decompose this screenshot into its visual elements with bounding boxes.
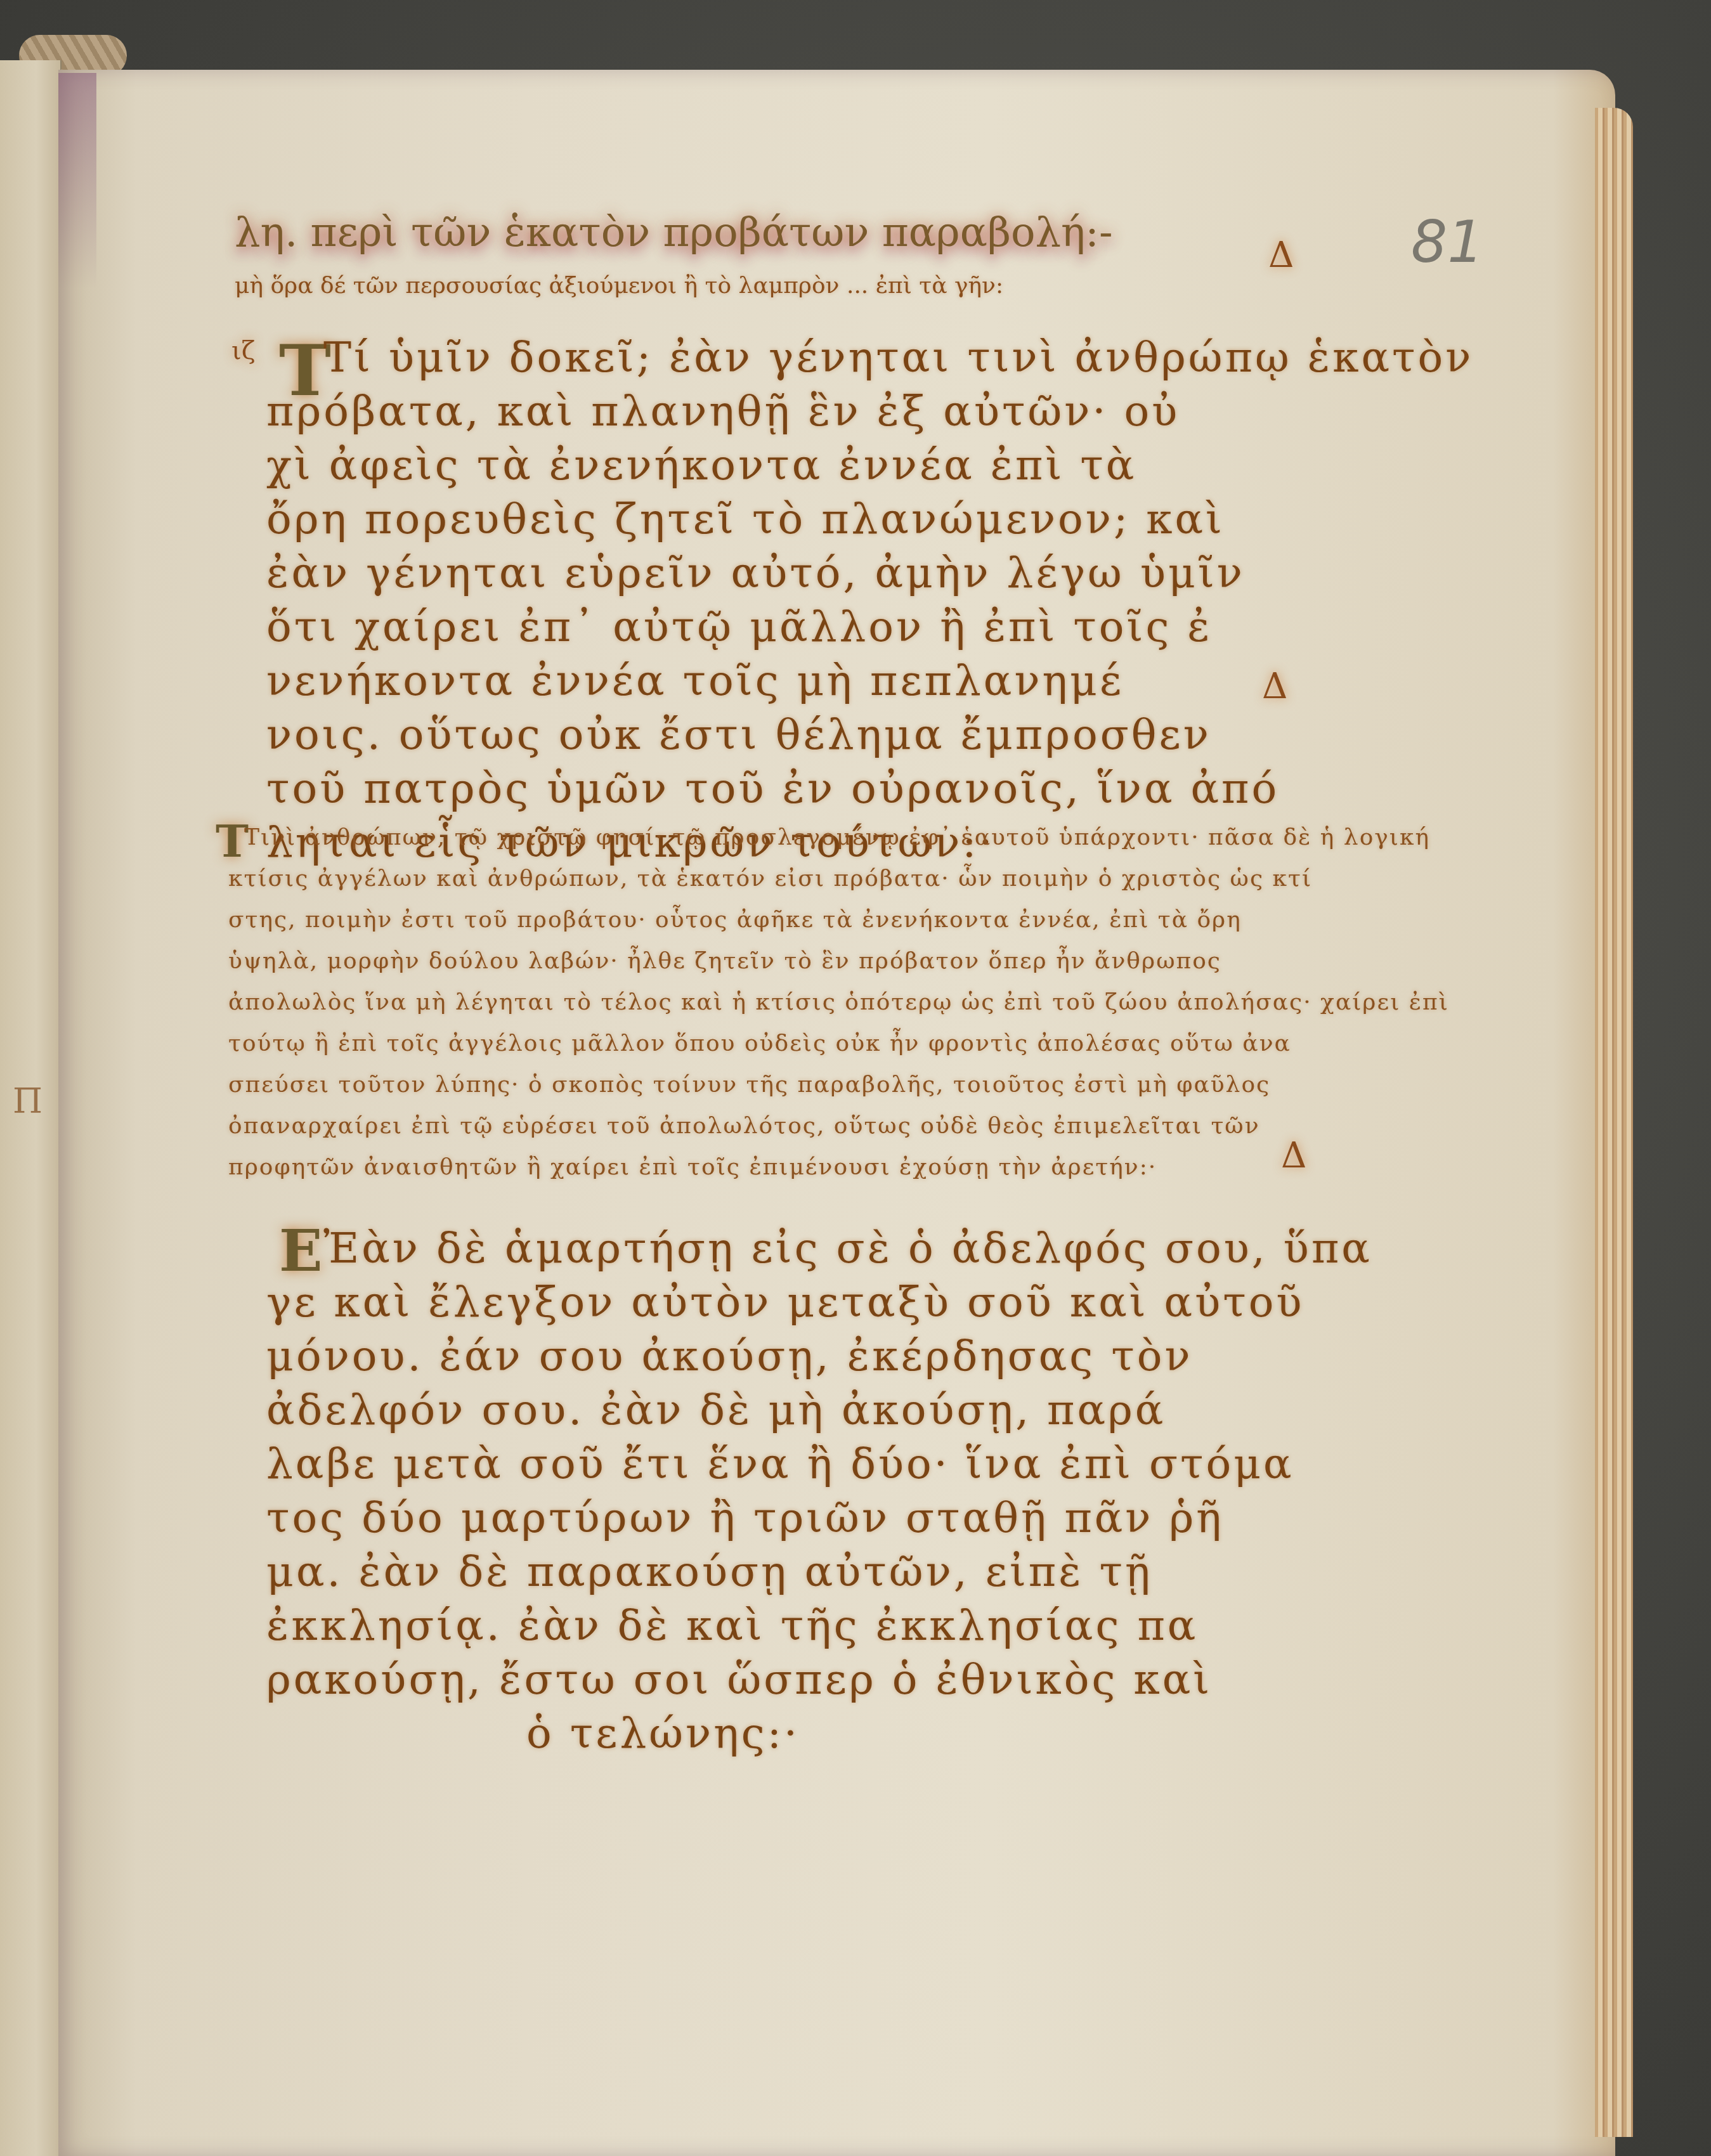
commentary-line: προφητῶν ἀναισθητῶν ἢ χαίρει ἐπὶ τοῖς ἐπ…	[228, 1154, 1157, 1180]
text-line: ὄρη πορευθεὶς ζητεῖ τὸ πλανώμενον; καὶ	[266, 495, 1225, 543]
margin-mark-3: Δ	[1281, 1135, 1306, 1176]
text-line: τοῦ πατρὸς ὑμῶν τοῦ ἐν οὐρανοῖς, ἵνα ἀπό	[266, 764, 1279, 813]
left-page-letter: Π	[13, 1081, 42, 1121]
text-line: λαβε μετὰ σοῦ ἔτι ἕνα ἢ δύο· ἵνα ἐπὶ στό…	[266, 1439, 1294, 1488]
text-line: ἐκκλησίᾳ. ἐὰν δὲ καὶ τῆς ἐκκλησίας πα	[266, 1601, 1198, 1650]
commentary-line: κτίσις ἀγγέλων καὶ ἀνθρώπων, τὰ ἑκατόν ε…	[228, 866, 1312, 892]
text-line: ἀδελφόν σου. ἐὰν δὲ μὴ ἀκούσῃ, παρά	[266, 1386, 1166, 1434]
margin-mark-2: Δ	[1262, 666, 1287, 707]
text-line: νενήκοντα ἐννέα τοῖς μὴ πεπλανημέ	[266, 656, 1124, 705]
fore-edge-leaves	[1595, 108, 1633, 2137]
text-line: μόνου. ἐάν σου ἀκούσῃ, ἐκέρδησας τὸν	[266, 1332, 1193, 1380]
commentary-line: στης, ποιμὴν ἐστι τοῦ προβάτου· οὗτος ἀφ…	[228, 907, 1242, 933]
text-line: ρακούσῃ, ἔστω σοι ὥσπερ ὁ ἐθνικὸς καὶ	[266, 1655, 1212, 1704]
commentary-line: ὀπαναρχαίρει ἐπὶ τῷ εὑρέσει τοῦ ἀπολωλότ…	[228, 1113, 1260, 1139]
rubric-title: λη. περὶ τῶν ἑκατὸν προβάτων παραβολή:-	[235, 209, 1113, 256]
commentary-line: τούτῳ ἢ ἐπὶ τοῖς ἀγγέλοις μᾶλλον ὅπου οὐ…	[228, 1030, 1291, 1056]
text-line: τος δύο μαρτύρων ἢ τριῶν σταθῇ πᾶν ῥῆ	[266, 1493, 1224, 1542]
left-page-edge: Π	[0, 60, 62, 2156]
text-line: Τί ὑμῖν δοκεῖ; ἐὰν γένηται τινὶ ἀνθρώπῳ …	[323, 333, 1473, 382]
text-line: ὅτι χαίρει ἐπ᾽ αὐτῷ μᾶλλον ἢ ἐπὶ τοῖς ἐ	[266, 602, 1213, 651]
text-line: πρόβατα, καὶ πλανηθῇ ἓν ἐξ αὐτῶν· οὐ	[266, 387, 1180, 436]
initial-letter-E: Ε	[279, 1218, 323, 1285]
lection-mark: ιζ	[231, 336, 255, 365]
text-line: Ἐὰν δὲ ἁμαρτήσῃ εἰς σὲ ὁ ἀδελφός σου, ὕπ…	[323, 1224, 1372, 1273]
rubric-subtitle: μὴ ὅρα δέ τῶν περσουσίας ἀξιούμενοι ἢ τὸ…	[235, 273, 1003, 299]
commentary-line: Τινὶ ἀνθρώπων, τῷ χριστῷ φησί· τῷ προσλε…	[244, 824, 1430, 850]
text-line: χὶ ἀφεὶς τὰ ἐνενήκοντα ἐννέα ἐπὶ τὰ	[266, 441, 1136, 490]
commentary-line: ὑψηλὰ, μορφὴν δούλου λαβών· ἦλθε ζητεῖν …	[228, 948, 1221, 974]
text-line: ἐὰν γένηται εὑρεῖν αὐτό, ἀμὴν λέγω ὑμῖν	[266, 549, 1245, 597]
gutter-stain	[58, 73, 96, 289]
commentary-line: σπεύσει τοῦτον λύπης· ὁ σκοπὸς τοίνυν τῆ…	[228, 1072, 1270, 1098]
text-line: μα. ἐὰν δὲ παρακούσῃ αὐτῶν, εἰπὲ τῇ	[266, 1547, 1153, 1596]
text-line: νοις. οὕτως οὐκ ἔστι θέλημα ἔμπροσθεν	[266, 710, 1211, 759]
text-line: ὁ τελώνης:·	[526, 1709, 800, 1758]
margin-mark-1: Δ	[1268, 235, 1294, 276]
commentary-line: ἀπολωλὸς ἵνα μὴ λέγηται τὸ τέλος καὶ ἡ κ…	[228, 989, 1449, 1015]
text-line: γε καὶ ἔλεγξον αὐτὸν μεταξὺ σοῦ καὶ αὐτο…	[266, 1278, 1304, 1327]
folio-number: 81	[1411, 209, 1484, 276]
